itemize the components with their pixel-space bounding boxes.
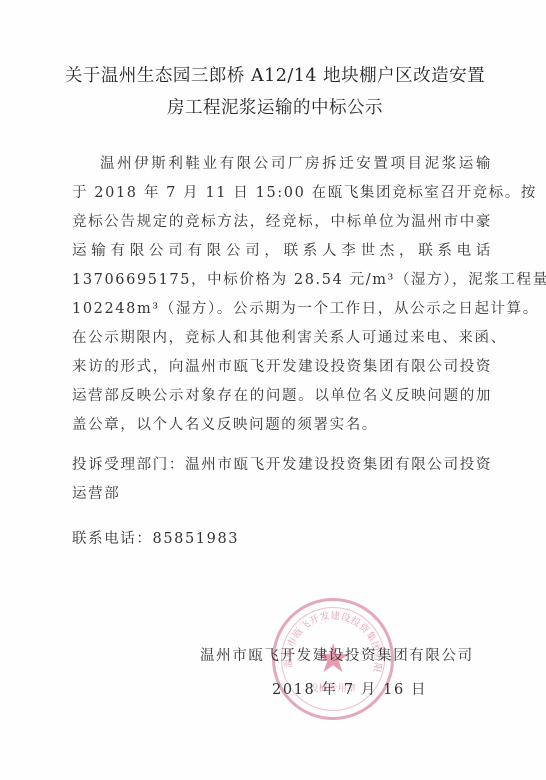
body-paragraph-line: 102248m³（湿方）。公示期为一个工作日，从公示之日起计算。 xyxy=(72,297,492,318)
contact-phone: 联系电话：85851983 xyxy=(72,527,492,548)
complaint-department-line-2: 运营部 xyxy=(72,482,492,503)
body-paragraph-line: 温州伊斯利鞋业有限公司厂房拆迁安置项目泥浆运输 xyxy=(100,152,492,173)
signature-date: 2018 年 7 月 16 日 xyxy=(272,678,427,699)
body-paragraph-line: 运营部反映公示对象存在的问题。以单位名义反映问题的加 xyxy=(72,384,492,405)
body-paragraph-line: 于 2018 年 7 月 11 日 15:00 在瓯飞集团竞标室召开竞标。按 xyxy=(72,181,492,202)
document-page: 关于温州生态园三郎桥 A12/14 地块棚户区改造安置 房工程泥浆运输的中标公示… xyxy=(0,0,546,780)
body-paragraph-line: 13706695175，中标价格为 28.54 元/m³（湿方），泥浆工程量 xyxy=(72,268,492,289)
complaint-department-line-1: 投诉受理部门：温州市瓯飞开发建设投资集团有限公司投资 xyxy=(72,453,492,474)
body-paragraph-line: 盖公章，以个人名义反映问题的须署实名。 xyxy=(72,413,492,434)
signature-organization: 温州市瓯飞开发建设投资集团有限公司 xyxy=(200,644,474,665)
body-paragraph-line: 竞标公告规定的竞标方法，经竞标，中标单位为温州市中豪 xyxy=(72,210,492,231)
body-paragraph-line: 来访的形式，向温州市瓯飞开发建设投资集团有限公司投资 xyxy=(72,355,492,376)
body-paragraph-line: 在公示期限内，竞标人和其他利害关系人可通过来电、来函、 xyxy=(72,326,492,347)
body-paragraph-line: 运输有限公司有限公司，联系人李世杰，联系电话 xyxy=(72,239,492,260)
document-title-line-2: 房工程泥浆运输的中标公示 xyxy=(60,94,490,119)
document-title-line-1: 关于温州生态园三郎桥 A12/14 地块棚户区改造安置 xyxy=(60,62,490,87)
